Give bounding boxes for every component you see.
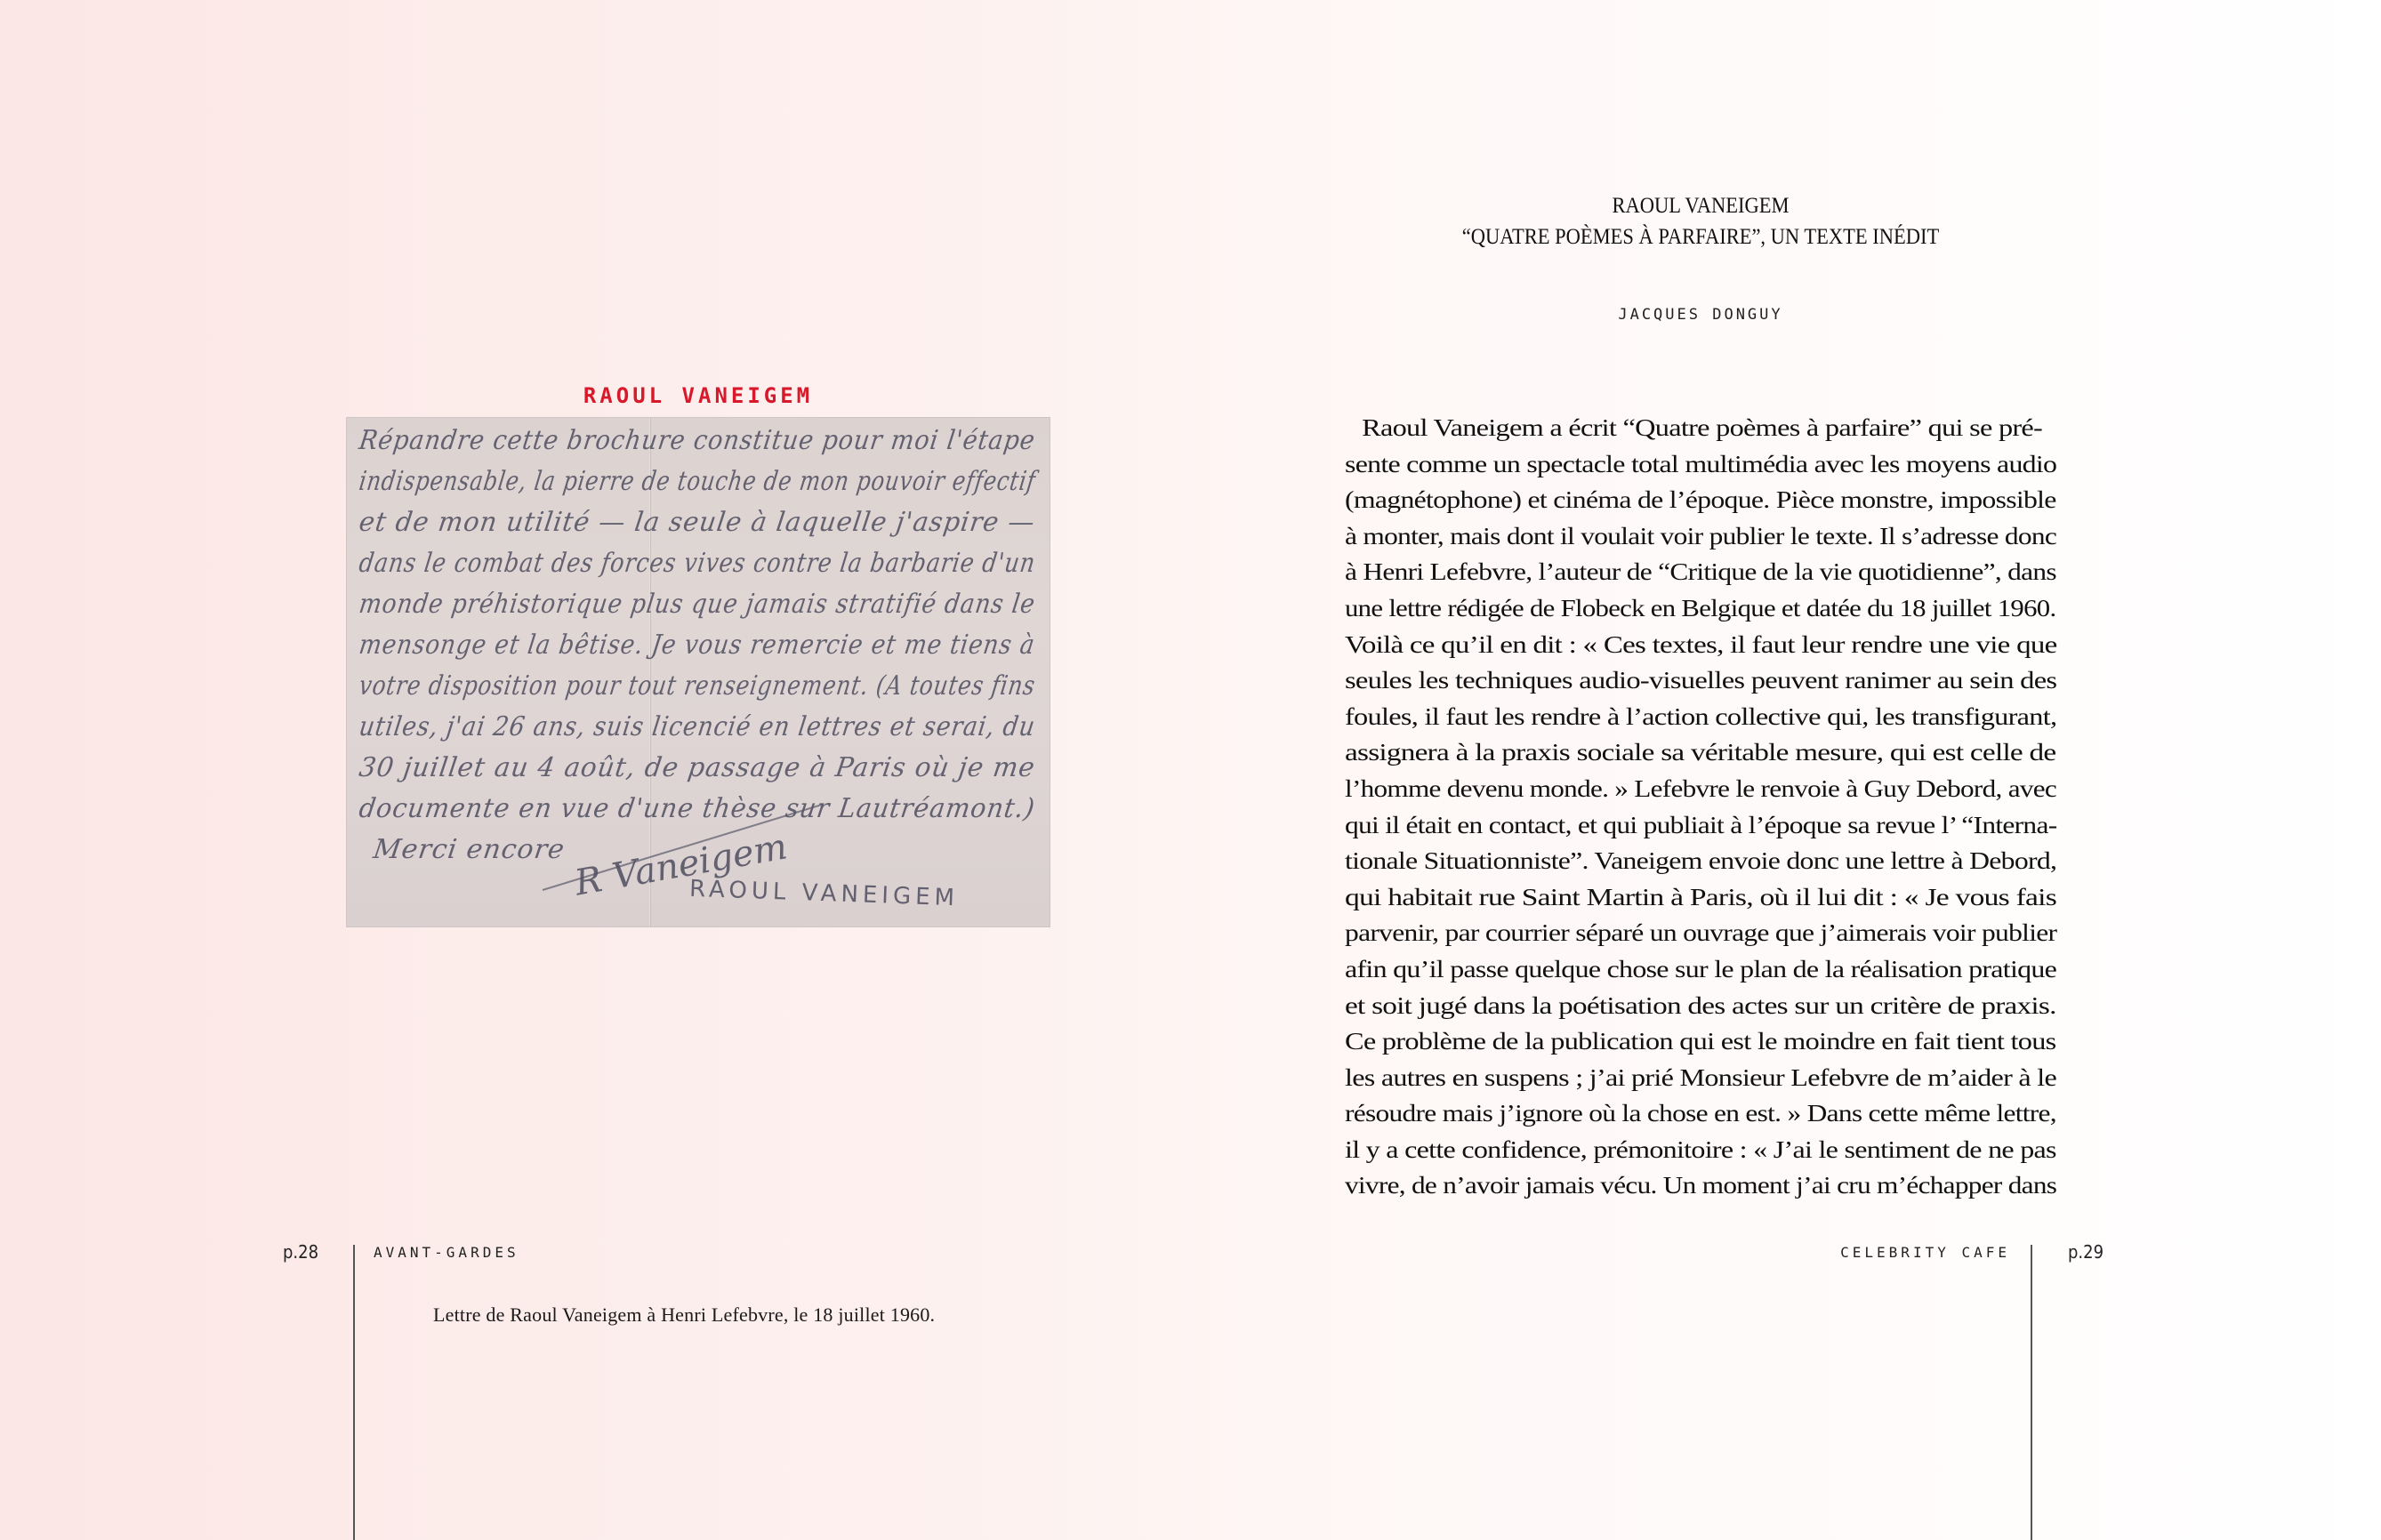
page-number-right: p.29: [2068, 1241, 2103, 1263]
body-line: afin qu’il passe quelque chose sur le pl…: [1345, 951, 2056, 988]
letter-line: documente en vue d'une thèse sur Lautréa…: [358, 793, 1013, 824]
letter-line: 30 juillet au 4 août, de passage à Paris…: [358, 752, 1030, 783]
figure-title: RAOUL VANEIGEM: [347, 384, 1050, 407]
body-line: assignera à la praxis sociale sa véritab…: [1345, 734, 2056, 771]
body-line: tionale Situationniste”. Vaneigem envoie…: [1345, 843, 2056, 879]
body-line: vivre, de n’avoir jamais vécu. Un moment…: [1345, 1167, 2056, 1204]
body-line: (magnétophone) et cinéma de l’époque. Pi…: [1345, 482, 2056, 518]
vertical-rule-right: [2031, 1245, 2032, 1540]
body-line: Voilà ce qu’il en dit : « Ces textes, il…: [1345, 627, 2056, 663]
body-line: et soit jugé dans la poétisation des act…: [1345, 988, 2056, 1024]
body-line: l’homme devenu monde. » Lefebvre le renv…: [1345, 771, 2056, 807]
article-body: Raoul Vaneigem a écrit “Quatre poèmes à …: [1345, 410, 2056, 1204]
letter-line: et de mon utilité — la seule à laquelle …: [358, 507, 1023, 538]
figure-caption: Lettre de Raoul Vaneigem à Henri Lefebvr…: [433, 1303, 935, 1327]
body-line: qui habitait rue Saint Martin à Paris, o…: [1345, 879, 2056, 916]
body-line: qui il était en contact, et qui publiait…: [1345, 807, 2056, 844]
running-head-right: CELEBRITY CAFE: [1840, 1244, 2010, 1262]
magazine-spread: RAOUL VANEIGEM Répandre cette brochure c…: [0, 0, 2381, 1540]
vertical-rule-left: [353, 1245, 355, 1540]
body-line: les autres en suspens ; j’ai prié Monsie…: [1345, 1060, 2056, 1096]
body-line: il y a cette confidence, prémonitoire : …: [1345, 1132, 2056, 1168]
running-head-left: AVANT-GARDES: [374, 1244, 519, 1262]
body-line: foules, il faut les rendre à l’action co…: [1345, 699, 2056, 735]
printed-name: RAOUL VANEIGEM: [689, 876, 960, 912]
body-line: une lettre rédigée de Flobeck en Belgiqu…: [1345, 590, 2056, 627]
page-number-left: p.28: [283, 1241, 318, 1263]
handwritten-letter-image: Répandre cette brochure constitue pour m…: [347, 418, 1050, 926]
body-line: Raoul Vaneigem a écrit “Quatre poèmes à …: [1345, 410, 2059, 446]
article-heading-line-1: RAOUL VANEIGEM: [1380, 190, 2021, 221]
byline: JACQUES DONGUY: [1345, 306, 2056, 324]
letter-line: Répandre cette brochure constitue pour m…: [358, 425, 979, 456]
body-line: parvenir, par courrier séparé un ouvrage…: [1345, 915, 2056, 951]
body-line: Ce problème de la publication qui est le…: [1345, 1023, 2056, 1060]
body-line: seules les techniques audio-visuelles pe…: [1345, 662, 2056, 699]
article-heading: RAOUL VANEIGEM “QUATRE POÈMES À PARFAIRE…: [1380, 190, 2021, 253]
article-heading-line-2: “QUATRE POÈMES À PARFAIRE”, UN TEXTE INÉ…: [1380, 221, 2021, 253]
letter-line: dans le combat des forces vives contre l…: [358, 548, 941, 579]
body-line: résoudre mais j’ignore où la chose en es…: [1345, 1095, 2056, 1132]
letter-line: indispensable, la pierre de touche de mo…: [358, 466, 915, 497]
body-line: à Henri Lefebvre, l’auteur de “Critique …: [1345, 554, 2056, 590]
letter-line: utiles, j'ai 26 ans, suis licencié en le…: [358, 711, 967, 742]
body-line: à monter, mais dont il voulait voir publ…: [1345, 518, 2056, 555]
body-line: sente comme un spectacle total multimédi…: [1345, 446, 2056, 483]
letter-line: mensonge et la bêtise. Je vous remercie …: [358, 630, 961, 661]
letter-line: monde préhistorique plus que jamais stra…: [358, 589, 961, 620]
letter-line: votre disposition pour tout renseignemen…: [358, 670, 925, 702]
